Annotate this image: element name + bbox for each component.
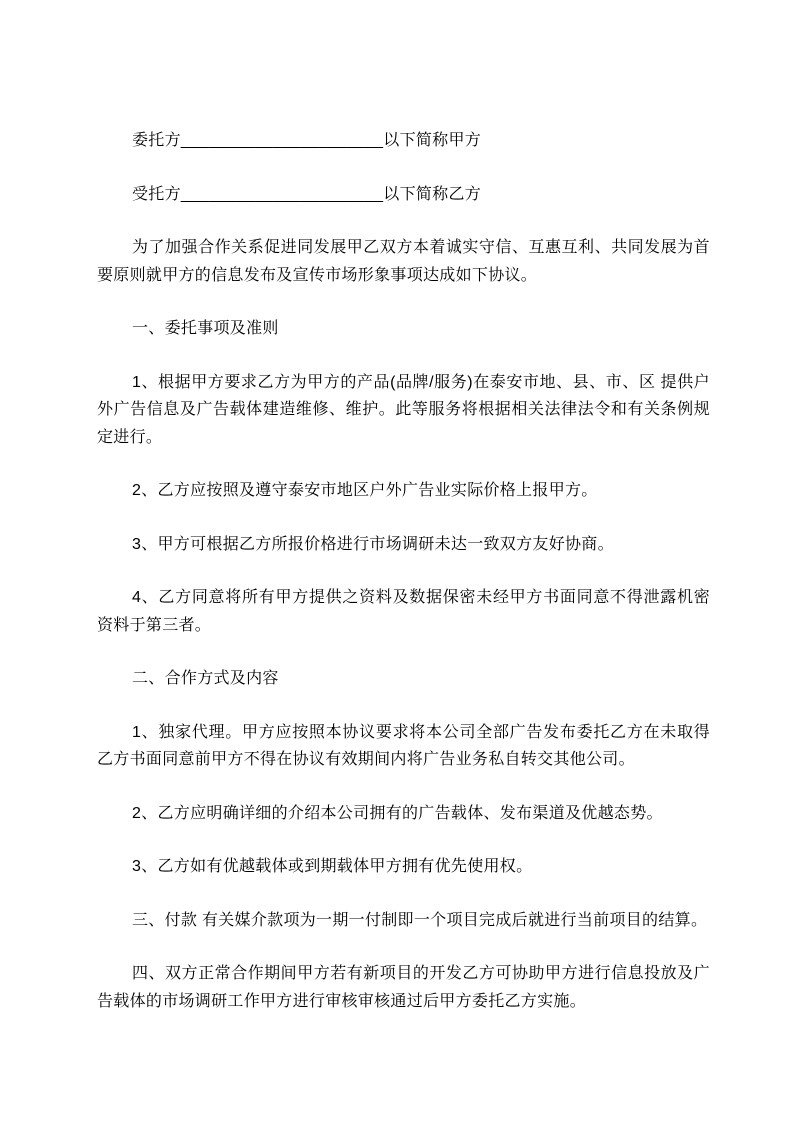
intro-paragraph: 为了加强合作关系促进同发展甲乙双方本着诚实守信、互惠互利、共同发展为首要原则就甲…: [97, 234, 710, 289]
party-a-line: 委托方______________________以下简称甲方: [97, 127, 710, 155]
clause-1-2: 2、乙方应按照及遵守泰安市地区户外广告业实际价格上报甲方。: [97, 477, 710, 505]
section-2-heading: 二、合作方式及内容: [97, 665, 710, 693]
clause-1-4: 4、乙方同意将所有甲方提供之资料及数据保密未经甲方书面同意不得泄露机密资料于第三…: [97, 584, 710, 639]
party-b-line: 受托方______________________以下简称乙方: [97, 181, 710, 209]
clause-2-1: 1、独家代理。甲方应按照本协议要求将本公司全部广告发布委托乙方在未取得乙方书面同…: [97, 719, 710, 774]
clause-2-3: 3、乙方如有优越载体或到期载体甲方拥有优先使用权。: [97, 853, 710, 881]
clause-2-2: 2、乙方应明确详细的介绍本公司拥有的广告载体、发布渠道及优越态势。: [97, 800, 710, 828]
section-3-clause: 三、付款 有关媒介款项为一期一付制即一个项目完成后就进行当前项目的结算。: [97, 907, 710, 935]
document-page: 委托方______________________以下简称甲方 受托方_____…: [0, 0, 793, 1122]
clause-1-1: 1、根据甲方要求乙方为甲方的产品(品牌/服务)在泰安市地、县、市、区 提供户外广…: [97, 369, 710, 452]
clause-1-3: 3、甲方可根据乙方所报价格进行市场调研未达一致双方友好协商。: [97, 531, 710, 559]
section-1-heading: 一、委托事项及准则: [97, 315, 710, 343]
section-4-clause: 四、双方正常合作期间甲方若有新项目的开发乙方可协助甲方进行信息投放及广告载体的市…: [97, 960, 710, 1015]
